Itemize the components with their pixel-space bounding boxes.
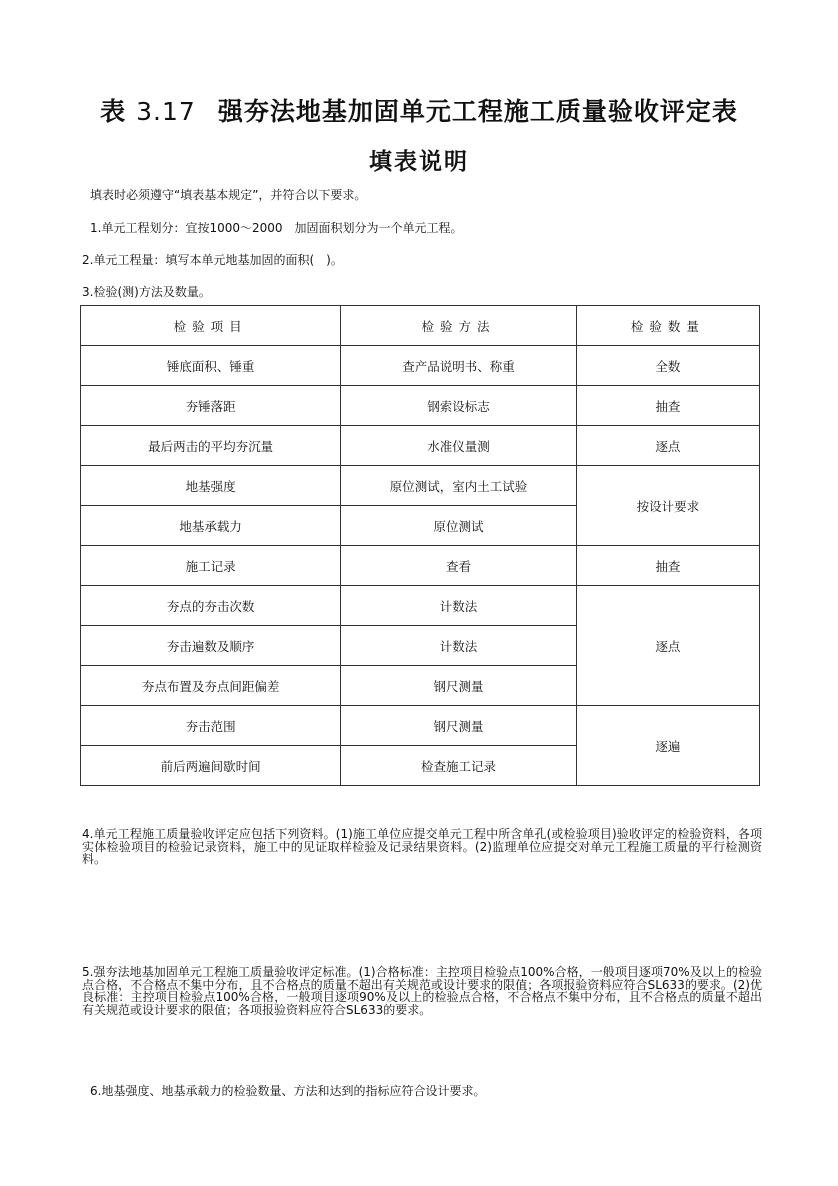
cell-method: 检查施工记录 bbox=[341, 746, 576, 786]
item-5: 5.强夯法地基加固单元工程施工质量验收评定标准。(1)合格标准：主控项目检验点1… bbox=[82, 966, 762, 1016]
cell-method: 钢索设标志 bbox=[341, 386, 576, 426]
table-row: 施工记录 查看 抽查 bbox=[81, 546, 760, 586]
title-text: 强夯法地基加固单元工程施工质量验收评定表 bbox=[218, 97, 738, 126]
cell-quantity: 逐点 bbox=[576, 586, 759, 706]
cell-method: 计数法 bbox=[341, 626, 576, 666]
cell-method: 原位测试，室内土工试验 bbox=[341, 466, 576, 506]
table-row: 锤底面积、锤重 查产品说明书、称重 全数 bbox=[81, 346, 760, 386]
header-quantity: 检验数量 bbox=[576, 306, 759, 346]
cell-quantity: 抽查 bbox=[576, 386, 759, 426]
table-row: 夯锤落距 钢索设标志 抽查 bbox=[81, 386, 760, 426]
cell-item: 最后两击的平均夯沉量 bbox=[81, 426, 341, 466]
item-2: 2.单元工程量：填写本单元地基加固的面积( )。 bbox=[82, 251, 343, 268]
cell-quantity: 逐遍 bbox=[576, 706, 759, 786]
page-title: 表3.17强夯法地基加固单元工程施工质量验收评定表 bbox=[0, 92, 838, 128]
cell-quantity: 按设计要求 bbox=[576, 466, 759, 546]
item-4: 4.单元工程施工质量验收评定应包括下列资料。(1)施工单位应提交单元工程中所含单… bbox=[82, 828, 762, 866]
cell-method: 查产品说明书、称重 bbox=[341, 346, 576, 386]
cell-item: 夯点布置及夯点间距偏差 bbox=[81, 666, 341, 706]
cell-item: 地基强度 bbox=[81, 466, 341, 506]
header-item: 检验项目 bbox=[81, 306, 341, 346]
item-1: 1.单元工程划分：宜按1000～2000 加固面积划分为一个单元工程。 bbox=[90, 219, 463, 236]
page-subtitle: 填表说明 bbox=[0, 143, 838, 176]
title-number: 3.17 bbox=[136, 97, 196, 126]
table-row: 夯击范围 钢尺测量 逐遍 bbox=[81, 706, 760, 746]
cell-quantity: 逐点 bbox=[576, 426, 759, 466]
cell-item: 夯锤落距 bbox=[81, 386, 341, 426]
cell-item: 施工记录 bbox=[81, 546, 341, 586]
cell-item: 地基承载力 bbox=[81, 506, 341, 546]
cell-item: 锤底面积、锤重 bbox=[81, 346, 341, 386]
title-prefix: 表 bbox=[100, 97, 126, 126]
table-row: 地基强度 原位测试，室内土工试验 按设计要求 bbox=[81, 466, 760, 506]
intro-text: 填表时必须遵守“填表基本规定”，并符合以下要求。 bbox=[90, 186, 366, 203]
cell-method: 计数法 bbox=[341, 586, 576, 626]
table-row: 夯点的夯击次数 计数法 逐点 bbox=[81, 586, 760, 626]
cell-quantity: 抽查 bbox=[576, 546, 759, 586]
header-method: 检验方法 bbox=[341, 306, 576, 346]
item-3: 3.检验(测)方法及数量。 bbox=[82, 283, 211, 300]
item-6: 6.地基强度、地基承载力的检验数量、方法和达到的指标应符合设计要求。 bbox=[90, 1082, 485, 1099]
cell-item: 夯击范围 bbox=[81, 706, 341, 746]
cell-method: 钢尺测量 bbox=[341, 706, 576, 746]
cell-item: 夯点的夯击次数 bbox=[81, 586, 341, 626]
inspection-table: 检验项目 检验方法 检验数量 锤底面积、锤重 查产品说明书、称重 全数 夯锤落距… bbox=[80, 305, 760, 786]
cell-method: 钢尺测量 bbox=[341, 666, 576, 706]
cell-method: 水准仪量测 bbox=[341, 426, 576, 466]
cell-quantity: 全数 bbox=[576, 346, 759, 386]
cell-method: 查看 bbox=[341, 546, 576, 586]
table-row: 最后两击的平均夯沉量 水准仪量测 逐点 bbox=[81, 426, 760, 466]
cell-item: 夯击遍数及顺序 bbox=[81, 626, 341, 666]
cell-item: 前后两遍间歇时间 bbox=[81, 746, 341, 786]
cell-method: 原位测试 bbox=[341, 506, 576, 546]
table-header-row: 检验项目 检验方法 检验数量 bbox=[81, 306, 760, 346]
